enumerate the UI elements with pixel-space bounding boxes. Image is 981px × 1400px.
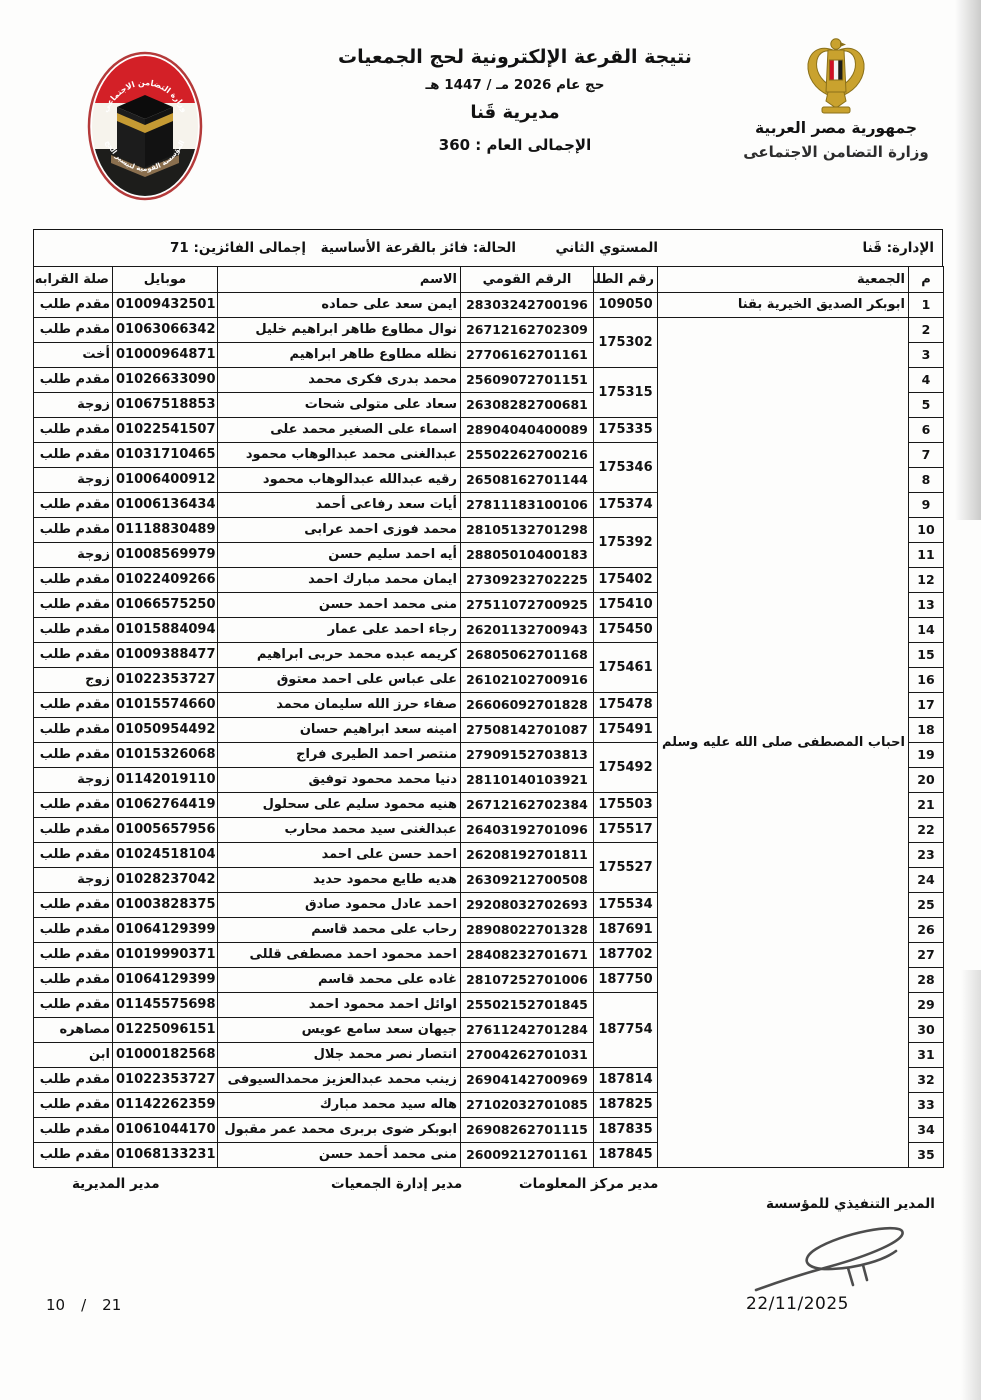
report-date: 22/11/2025 <box>746 1294 849 1314</box>
mobile-cell: 01062764419 <box>113 793 218 818</box>
name-cell: احمد عادل محمود صادق <box>218 893 461 918</box>
national-id-cell: 27611242701284 <box>461 1018 594 1043</box>
national-id-cell: 28107252701006 <box>461 968 594 993</box>
national-id-cell: 26712162702384 <box>461 793 594 818</box>
hajj-year-subtitle: حج عام 2026 مـ / 1447 هـ <box>280 77 750 93</box>
name-cell: رجاء احمد على عمار <box>218 618 461 643</box>
row-number-cell: 10 <box>909 518 944 543</box>
mobile-cell: 01142262359 <box>113 1093 218 1118</box>
name-cell: هنيه محمود سليم على سحلول <box>218 793 461 818</box>
col-header-relation: صلة القرابه <box>34 267 113 293</box>
page-title: نتيجة القرعة الإلكترونية لحج الجمعيات <box>280 46 750 68</box>
col-header-name: الاسم <box>218 267 461 293</box>
row-number-cell: 15 <box>909 643 944 668</box>
grand-total-label: الإجمالى العام : 360 <box>280 136 750 154</box>
mobile-cell: 01015884094 <box>113 618 218 643</box>
flag-shield-icon <box>829 60 842 80</box>
request-number-cell: 175392 <box>594 518 658 568</box>
relation-cell: مقدم طلب <box>34 493 113 518</box>
name-cell: منتصر احمد الطيرى فراج <box>218 743 461 768</box>
mobile-cell: 01142019110 <box>113 768 218 793</box>
national-id-cell: 27508142701087 <box>461 718 594 743</box>
mobile-cell: 01067518853 <box>113 393 218 418</box>
relation-cell: مقدم طلب <box>34 918 113 943</box>
request-number-cell: 175491 <box>594 718 658 743</box>
relation-cell: مقدم طلب <box>34 618 113 643</box>
row-number-cell: 6 <box>909 418 944 443</box>
scan-shadow-bottom-right <box>961 970 981 1400</box>
state-emblem: جمهورية مصر العربية وزارة التضامن الاجتم… <box>716 34 956 161</box>
national-id-cell: 26606092701828 <box>461 693 594 718</box>
national-id-cell: 27811183100106 <box>461 493 594 518</box>
request-number-cell: 175517 <box>594 818 658 843</box>
national-id-cell: 26208192701811 <box>461 843 594 868</box>
mobile-cell: 01005657956 <box>113 818 218 843</box>
col-header-serial: م <box>909 267 944 293</box>
relation-cell: مقدم طلب <box>34 1118 113 1143</box>
mobile-cell: 01000182568 <box>113 1043 218 1068</box>
mobile-cell: 01009432501 <box>113 293 218 318</box>
relation-cell: مقدم طلب <box>34 293 113 318</box>
name-cell: عبدالغنى سيد محمد محارب <box>218 818 461 843</box>
relation-cell: مقدم طلب <box>34 593 113 618</box>
row-number-cell: 7 <box>909 443 944 468</box>
mobile-cell: 01022409266 <box>113 568 218 593</box>
row-number-cell: 30 <box>909 1018 944 1043</box>
name-cell: اوائل احمد محمود احمد <box>218 993 461 1018</box>
row-number-cell: 1 <box>909 293 944 318</box>
national-id-cell: 26308282700681 <box>461 393 594 418</box>
national-id-cell: 28908022701328 <box>461 918 594 943</box>
col-header-national-id: الرقم القومي <box>461 267 594 293</box>
relation-cell: مقدم طلب <box>34 693 113 718</box>
info-bar: الإدارة: قَنا المستوي الثاني الحالة: فائ… <box>33 229 943 267</box>
col-header-request-no: رقم الطلب <box>594 267 658 293</box>
national-id-cell: 26309212700508 <box>461 868 594 893</box>
national-id-cell: 26102102700916 <box>461 668 594 693</box>
relation-cell: مقدم طلب <box>34 968 113 993</box>
request-number-cell: 175315 <box>594 368 658 418</box>
relation-cell: مقدم طلب <box>34 1093 113 1118</box>
mobile-cell: 01008569979 <box>113 543 218 568</box>
sig-title-directorate-manager: مدير المديرية <box>72 1176 160 1192</box>
sig-title-associations-manager: مدير إدارة الجمعيات <box>331 1176 462 1192</box>
request-number-cell: 187825 <box>594 1093 658 1118</box>
national-id-cell: 25502262700216 <box>461 443 594 468</box>
name-cell: محمد بدرى فكرى محمد <box>218 368 461 393</box>
national-id-cell: 25502152701845 <box>461 993 594 1018</box>
row-number-cell: 18 <box>909 718 944 743</box>
national-id-cell: 26904142700969 <box>461 1068 594 1093</box>
page-number: 10 / 21 <box>46 1296 121 1314</box>
request-number-cell: 187845 <box>594 1143 658 1168</box>
name-cell: جيهان سعد سامع عويس <box>218 1018 461 1043</box>
row-number-cell: 23 <box>909 843 944 868</box>
mobile-cell: 01022353727 <box>113 668 218 693</box>
row-number-cell: 35 <box>909 1143 944 1168</box>
row-number-cell: 27 <box>909 943 944 968</box>
relation-cell: زوجة <box>34 768 113 793</box>
name-cell: ابوبكر ضوى بربرى محمد عمر مقبول <box>218 1118 461 1143</box>
request-number-cell: 175302 <box>594 318 658 368</box>
request-number-cell: 175527 <box>594 843 658 893</box>
row-number-cell: 19 <box>909 743 944 768</box>
request-number-cell: 175346 <box>594 443 658 493</box>
page-total: 21 <box>102 1296 121 1314</box>
page-current: 10 <box>46 1296 65 1314</box>
name-cell: ايمان محمد مبارك احمد <box>218 568 461 593</box>
row-number-cell: 14 <box>909 618 944 643</box>
request-number-cell: 175335 <box>594 418 658 443</box>
row-number-cell: 4 <box>909 368 944 393</box>
request-number-cell: 175410 <box>594 593 658 618</box>
mobile-cell: 01015326068 <box>113 743 218 768</box>
egypt-eagle-icon <box>803 34 869 114</box>
request-number-cell: 187750 <box>594 968 658 993</box>
name-cell: منى محمد احمد حسن <box>218 593 461 618</box>
relation-cell: مقدم طلب <box>34 943 113 968</box>
name-cell: ايمن سعد على حماده <box>218 293 461 318</box>
request-number-cell: 175402 <box>594 568 658 593</box>
mobile-cell: 01063066342 <box>113 318 218 343</box>
national-id-cell: 26009212701161 <box>461 1143 594 1168</box>
mobile-cell: 01225096151 <box>113 1018 218 1043</box>
name-cell: امينه سعد ابراهيم حسان <box>218 718 461 743</box>
name-cell: نظله مطاوع طاهر ابراهيم <box>218 343 461 368</box>
request-number-cell: 187691 <box>594 918 658 943</box>
mobile-cell: 01015574660 <box>113 693 218 718</box>
name-cell: دنيا محمد محمود توفيق <box>218 768 461 793</box>
mobile-cell: 01068133231 <box>113 1143 218 1168</box>
level-label: المستوي الثاني <box>555 240 658 256</box>
request-number-cell: 187835 <box>594 1118 658 1143</box>
relation-cell: مقدم طلب <box>34 843 113 868</box>
name-cell: سعاد على متولى شحات <box>218 393 461 418</box>
name-cell: احمد محمود احمد مصطفى قللى <box>218 943 461 968</box>
row-number-cell: 32 <box>909 1068 944 1093</box>
row-number-cell: 24 <box>909 868 944 893</box>
relation-cell: مقدم طلب <box>34 743 113 768</box>
national-id-cell: 28110140103921 <box>461 768 594 793</box>
request-number-cell: 175534 <box>594 893 658 918</box>
row-number-cell: 29 <box>909 993 944 1018</box>
mobile-cell: 01066575250 <box>113 593 218 618</box>
name-cell: رقيه عبدالله عبدالوهاب محمود <box>218 468 461 493</box>
table-header-row: م الجمعية رقم الطلب الرقم القومي الاسم م… <box>34 267 944 293</box>
row-number-cell: 26 <box>909 918 944 943</box>
ministry-badge-icon: وزارة التضامن الاجتماعي المؤسسة القومية … <box>86 50 204 202</box>
relation-cell: زوجة <box>34 393 113 418</box>
national-id-cell: 27909152703813 <box>461 743 594 768</box>
results-table: م الجمعية رقم الطلب الرقم القومي الاسم م… <box>33 266 944 1168</box>
relation-cell: ابن <box>34 1043 113 1068</box>
relation-cell: زوجة <box>34 468 113 493</box>
name-cell: منى محمد أحمد حسن <box>218 1143 461 1168</box>
relation-cell: مقدم طلب <box>34 518 113 543</box>
national-id-cell: 28105132701298 <box>461 518 594 543</box>
col-header-association: الجمعية <box>658 267 909 293</box>
mobile-cell: 01022541507 <box>113 418 218 443</box>
row-number-cell: 16 <box>909 668 944 693</box>
relation-cell: مقدم طلب <box>34 318 113 343</box>
name-cell: عبدالغنى محمد عبدالوهاب محمود <box>218 443 461 468</box>
national-id-cell: 26908262701115 <box>461 1118 594 1143</box>
mobile-cell: 01028237042 <box>113 868 218 893</box>
relation-cell: مقدم طلب <box>34 893 113 918</box>
sig-title-executive-manager: المدير التنفيذي للمؤسسة <box>766 1196 935 1212</box>
mobile-cell: 01024518104 <box>113 843 218 868</box>
mobile-cell: 01061044170 <box>113 1118 218 1143</box>
administration-label: الإدارة: قَنا <box>863 240 935 256</box>
national-id-cell: 27004262701031 <box>461 1043 594 1068</box>
mobile-cell: 01019990371 <box>113 943 218 968</box>
name-cell: أيه احمد سليم حسن <box>218 543 461 568</box>
national-id-cell: 29208032702693 <box>461 893 594 918</box>
mobile-cell: 01003828375 <box>113 893 218 918</box>
winners-total-label: إجمالى الفائزين: 71 <box>170 240 306 256</box>
name-cell: محمد فوزى احمد عرابى <box>218 518 461 543</box>
scan-shadow-right <box>955 0 981 520</box>
relation-cell: زوجة <box>34 543 113 568</box>
page-separator: / <box>81 1296 86 1314</box>
national-id-cell: 26508162701144 <box>461 468 594 493</box>
row-number-cell: 9 <box>909 493 944 518</box>
relation-cell: مقدم طلب <box>34 443 113 468</box>
row-number-cell: 28 <box>909 968 944 993</box>
mobile-cell: 01145575698 <box>113 993 218 1018</box>
name-cell: هاله سيد محمد مبارك <box>218 1093 461 1118</box>
badge-flag-bands <box>86 50 204 202</box>
name-cell: انتصار نصر محمد جلال <box>218 1043 461 1068</box>
relation-cell: مقدم طلب <box>34 568 113 593</box>
relation-cell: مقدم طلب <box>34 718 113 743</box>
name-cell: هديه طايع محمود حديد <box>218 868 461 893</box>
relation-cell: مقدم طلب <box>34 818 113 843</box>
row-number-cell: 33 <box>909 1093 944 1118</box>
national-id-cell: 26201132700943 <box>461 618 594 643</box>
relation-cell: مقدم طلب <box>34 793 113 818</box>
name-cell: زينب محمد عبدالعزيز محمدالسيوفى <box>218 1068 461 1093</box>
table-row: 2احباب المصطفى صلى الله عليه وسلم1753022… <box>34 318 944 343</box>
directorate-title: مديرية قَنا <box>280 102 750 123</box>
mobile-cell: 01009388477 <box>113 643 218 668</box>
row-number-cell: 34 <box>909 1118 944 1143</box>
row-number-cell: 2 <box>909 318 944 343</box>
name-cell: على عباس على احمد معتوق <box>218 668 461 693</box>
name-cell: صفاء حرز الله سليمان محمد <box>218 693 461 718</box>
row-number-cell: 8 <box>909 468 944 493</box>
mobile-cell: 01064129399 <box>113 968 218 993</box>
relation-cell: زوج <box>34 668 113 693</box>
row-number-cell: 21 <box>909 793 944 818</box>
relation-cell: مقدم طلب <box>34 1068 113 1093</box>
national-id-cell: 28408232701671 <box>461 943 594 968</box>
national-id-cell: 26403192701096 <box>461 818 594 843</box>
association-cell: احباب المصطفى صلى الله عليه وسلم <box>658 318 909 1168</box>
row-number-cell: 5 <box>909 393 944 418</box>
signature-scribble-icon <box>750 1218 920 1303</box>
ministry-badge: وزارة التضامن الاجتماعي المؤسسة القومية … <box>86 50 204 206</box>
request-number-cell: 187702 <box>594 943 658 968</box>
national-id-cell: 28904040400089 <box>461 418 594 443</box>
name-cell: غاده على محمد قاسم <box>218 968 461 993</box>
association-cell: ابوبكر الصديق الخيرية بقنا <box>658 293 909 318</box>
relation-cell: مقدم طلب <box>34 418 113 443</box>
national-id-cell: 27706162701161 <box>461 343 594 368</box>
mobile-cell: 01022353727 <box>113 1068 218 1093</box>
document-header: نتيجة القرعة الإلكترونية لحج الجمعيات حج… <box>280 46 750 154</box>
national-id-cell: 26805062701168 <box>461 643 594 668</box>
request-number-cell: 175461 <box>594 643 658 693</box>
national-id-cell: 27102032701085 <box>461 1093 594 1118</box>
row-number-cell: 3 <box>909 343 944 368</box>
row-number-cell: 11 <box>909 543 944 568</box>
col-header-mobile: موبايل <box>113 267 218 293</box>
national-id-cell: 25609072701151 <box>461 368 594 393</box>
relation-cell: مقدم طلب <box>34 1143 113 1168</box>
mobile-cell: 01006136434 <box>113 493 218 518</box>
request-number-cell: 175492 <box>594 743 658 793</box>
national-id-cell: 28303242700196 <box>461 293 594 318</box>
request-number-cell: 175374 <box>594 493 658 518</box>
row-number-cell: 22 <box>909 818 944 843</box>
name-cell: أيات سعد رفاعى أحمد <box>218 493 461 518</box>
request-number-cell: 175503 <box>594 793 658 818</box>
row-number-cell: 12 <box>909 568 944 593</box>
request-number-cell: 109050 <box>594 293 658 318</box>
row-number-cell: 20 <box>909 768 944 793</box>
document-page: وزارة التضامن الاجتماعي المؤسسة القومية … <box>0 0 981 1400</box>
name-cell: كريمه عبده محمد حربى ابراهيم <box>218 643 461 668</box>
mobile-cell: 01026633090 <box>113 368 218 393</box>
name-cell: احمد حسن على احمد <box>218 843 461 868</box>
row-number-cell: 17 <box>909 693 944 718</box>
national-id-cell: 27309232702225 <box>461 568 594 593</box>
mobile-cell: 01031710465 <box>113 443 218 468</box>
name-cell: اسماء على الصغير محمد على <box>218 418 461 443</box>
mobile-cell: 01064129399 <box>113 918 218 943</box>
mobile-cell: 01006400912 <box>113 468 218 493</box>
relation-cell: مقدم طلب <box>34 368 113 393</box>
results-table-body: 1ابوبكر الصديق الخيرية بقنا1090502830324… <box>34 293 944 1168</box>
status-label: الحالة: فائز بالقرعة الأساسية <box>321 240 516 256</box>
row-number-cell: 13 <box>909 593 944 618</box>
row-number-cell: 25 <box>909 893 944 918</box>
mobile-cell: 01000964871 <box>113 343 218 368</box>
request-number-cell: 187754 <box>594 993 658 1068</box>
name-cell: نوال مطاوع طاهر ابراهيم خليل <box>218 318 461 343</box>
country-name: جمهورية مصر العربية <box>716 119 956 137</box>
relation-cell: مقدم طلب <box>34 993 113 1018</box>
name-cell: رحاب على محمد قاسم <box>218 918 461 943</box>
mobile-cell: 01118830489 <box>113 518 218 543</box>
national-id-cell: 28805010400183 <box>461 543 594 568</box>
row-number-cell: 31 <box>909 1043 944 1068</box>
ministry-name-calligraphy: وزارة التضامن الاجتماعى <box>716 143 956 161</box>
national-id-cell: 27511072700925 <box>461 593 594 618</box>
mobile-cell: 01050954492 <box>113 718 218 743</box>
relation-cell: زوجة <box>34 868 113 893</box>
request-number-cell: 175450 <box>594 618 658 643</box>
request-number-cell: 175478 <box>594 693 658 718</box>
relation-cell: مصاهره <box>34 1018 113 1043</box>
relation-cell: مقدم طلب <box>34 643 113 668</box>
relation-cell: أخت <box>34 343 113 368</box>
national-id-cell: 26712162702309 <box>461 318 594 343</box>
request-number-cell: 187814 <box>594 1068 658 1093</box>
table-row: 1ابوبكر الصديق الخيرية بقنا1090502830324… <box>34 293 944 318</box>
sig-title-information-center-manager: مدير مركز المعلومات <box>519 1176 658 1192</box>
